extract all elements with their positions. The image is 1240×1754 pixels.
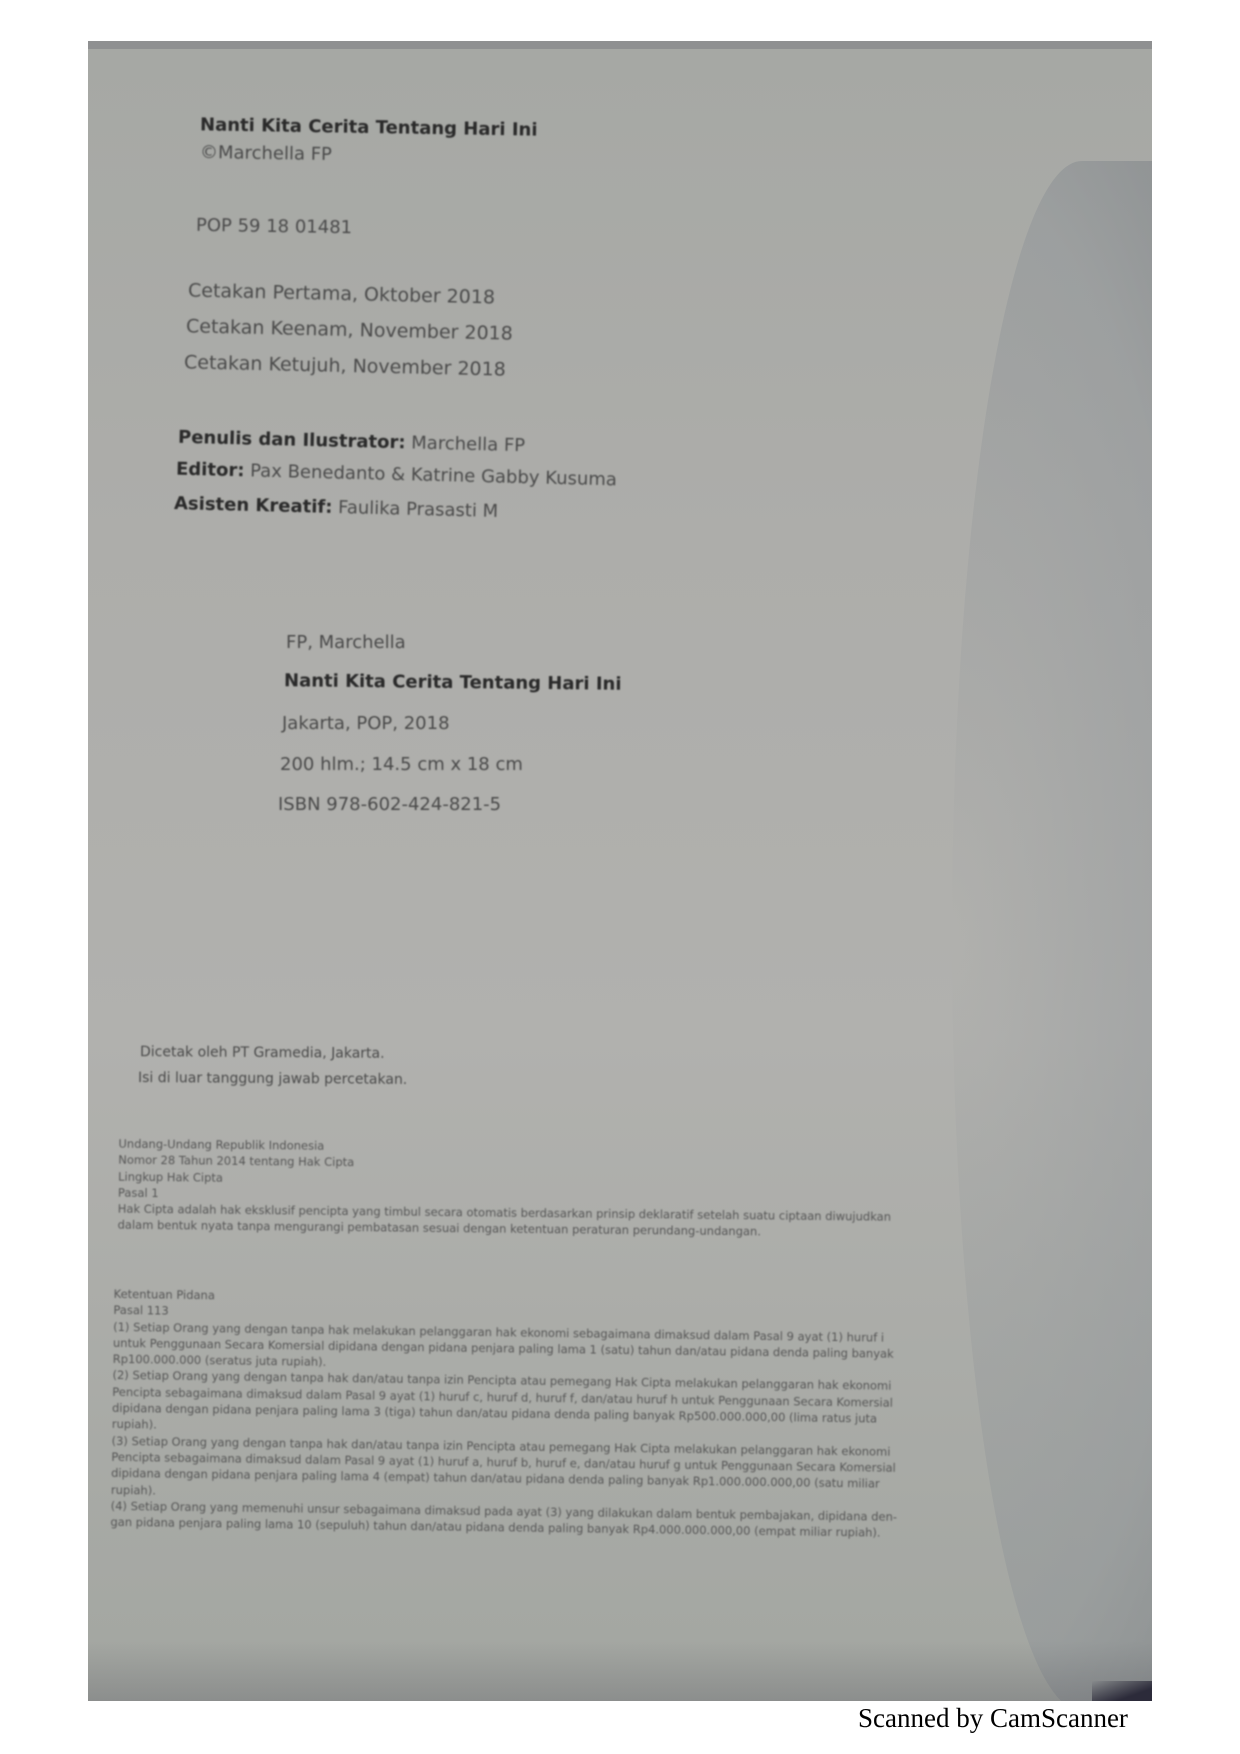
catalog-author: FP, Marchella (286, 632, 406, 653)
scanned-page-photo: Nanti Kita Cerita Tentang Hari Ini ©Marc… (88, 41, 1152, 1701)
catalog-publisher: Jakarta, POP, 2018 (282, 713, 450, 734)
credit-assistant: Asisten Kreatif: Faulika Prasasti M (174, 493, 499, 522)
credit-writer: Penulis dan Ilustrator: Marchella FP (178, 427, 526, 456)
bottom-shadow (88, 1641, 1152, 1701)
camscanner-watermark: Scanned by CamScanner (858, 1703, 1128, 1734)
credit-editor-label: Editor: (176, 459, 245, 482)
book-title: Nanti Kita Cerita Tentang Hari Ini (200, 114, 538, 140)
credit-assistant-value: Faulika Prasasti M (332, 497, 498, 522)
printing-1: Cetakan Pertama, Oktober 2018 (188, 280, 495, 309)
copyright-line: ©Marchella FP (200, 142, 332, 165)
printer-line-2: Isi di luar tanggung jawab percetakan. (138, 1070, 407, 1088)
catalog-isbn: ISBN 978-602-424-821-5 (278, 794, 501, 815)
printer-line-1: Dicetak oleh PT Gramedia, Jakarta. (140, 1044, 385, 1062)
credit-writer-label: Penulis dan Ilustrator: (178, 427, 406, 454)
copyright-law-section: Undang-Undang Republik Indonesia Nomor 2… (118, 1136, 1139, 1244)
credit-assistant-label: Asisten Kreatif: (174, 493, 333, 518)
credit-editor-value: Pax Benedanto & Katrine Gabby Kusuma (244, 460, 617, 490)
credit-editor: Editor: Pax Benedanto & Katrine Gabby Ku… (176, 459, 617, 491)
printing-2: Cetakan Keenam, November 2018 (186, 315, 513, 344)
catalog-title: Nanti Kita Cerita Tentang Hari Ini (284, 670, 622, 695)
penal-provisions-section: Ketentuan Pidana Pasal 113 (1) Setiap Or… (110, 1286, 1133, 1545)
credit-writer-value: Marchella FP (405, 432, 525, 456)
catalog-pages: 200 hlm.; 14.5 cm x 18 cm (280, 754, 523, 775)
printing-3: Cetakan Ketujuh, November 2018 (184, 351, 506, 380)
corner-shadow (1092, 1681, 1152, 1701)
book-code: POP 59 18 01481 (196, 215, 352, 238)
